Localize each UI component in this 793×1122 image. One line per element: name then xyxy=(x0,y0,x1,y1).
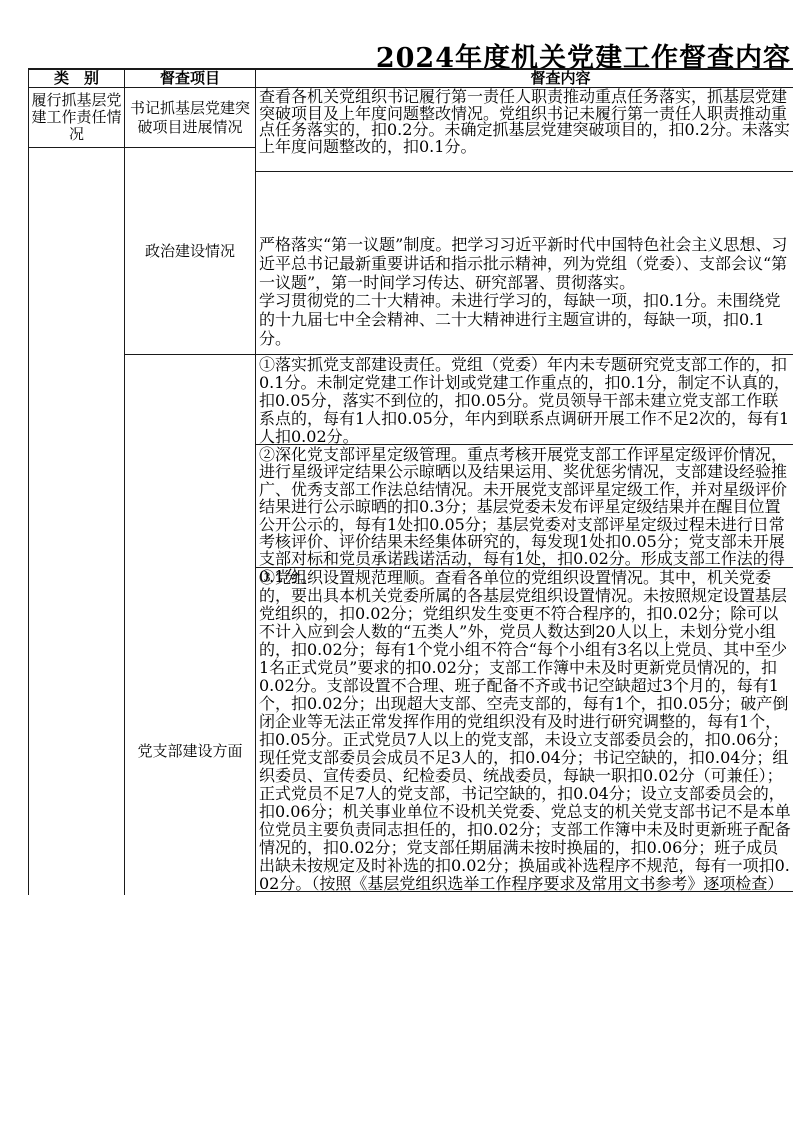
content-cell-branch-3: ③党组织设置规范理顺。查看各单位的党组织设置情况。其中，机关党委的，要出具本机关… xyxy=(256,569,791,891)
content-text-politics-1: 严格落实“第一议题”制度。把学习习近平新时代中国特色社会主义思想、习近平总书记最… xyxy=(259,235,791,292)
header-content: 督查内容 xyxy=(256,69,793,87)
project-cell-secretary: 书记抓基层党建突破项目进展情况 xyxy=(125,88,255,147)
content-cell-secretary: 查看各机关党组织书记履行第一责任人职责推动重点任务落实，抓基层党建突破项目及上年… xyxy=(256,89,791,171)
category-cell-empty xyxy=(29,148,124,891)
project-cell-politics: 政治建设情况 xyxy=(125,148,255,354)
content-cell-branch-2: ②深化党支部评星定级管理。重点考核开展党支部工作评星定级评价情况，进行星级评定结… xyxy=(256,446,791,567)
content-text-politics-2: 学习贯彻党的二十大精神。未进行学习的，每缺一项，扣0.1分。未围绕党的十九届七中… xyxy=(259,291,791,348)
content-cell-branch-1: ①落实抓党支部建设责任。党组（党委）年内未专题研究党支部工作的，扣0.1分。未制… xyxy=(256,356,791,444)
header-category: 类 别 xyxy=(29,69,124,87)
header-project: 督查项目 xyxy=(125,69,255,87)
content-cell-politics-2: 学习贯彻党的二十大精神。未进行学习的，每缺一项，扣0.1分。未围绕党的十九届七中… xyxy=(256,285,791,354)
document-page: 2024年度机关党建工作督查内容 类 别 督查项目 督查内容 履行抓基层党建工作… xyxy=(0,0,793,1122)
category-cell-responsibility: 履行抓基层党建工作责任情况 xyxy=(29,88,124,147)
project-cell-branch: 党支部建设方面 xyxy=(125,355,255,891)
